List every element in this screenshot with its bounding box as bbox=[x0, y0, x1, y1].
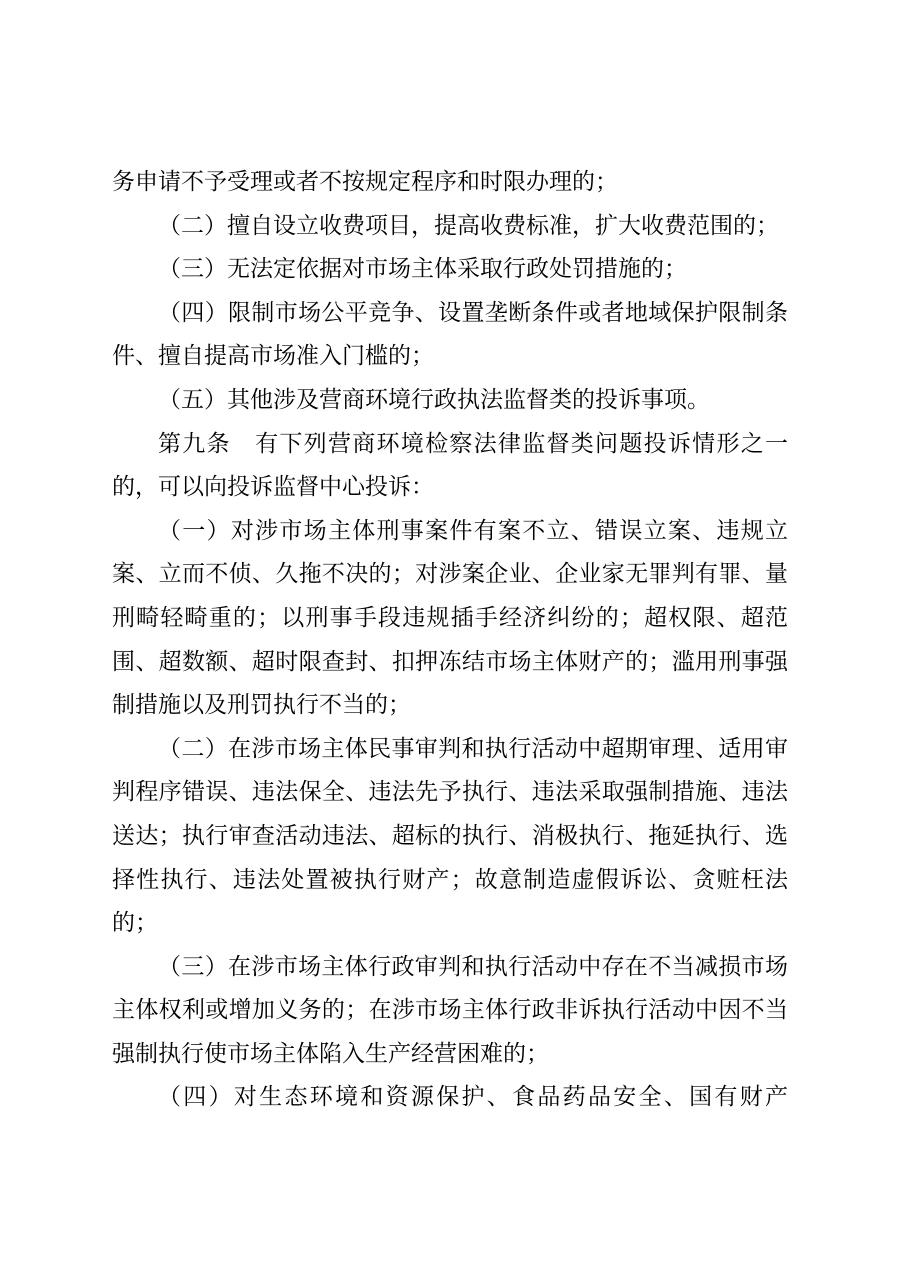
paragraph-7: （一）对涉市场主体刑事案件有案不立、错误立案、违规立案、立而不侦、久拖不决的；对… bbox=[112, 509, 788, 727]
paragraph-2: （二）擅自设立收费项目，提高收费标准，扩大收费范围的； bbox=[112, 204, 788, 248]
paragraph-1: 务申请不予受理或者不按规定程序和时限办理的； bbox=[112, 160, 788, 204]
paragraph-4: （四）限制市场公平竞争、设置垄断条件或者地域保护限制条件、擅自提高市场准入门槛的… bbox=[112, 291, 788, 378]
paragraph-3: （三）无法定依据对市场主体采取行政处罚措施的； bbox=[112, 247, 788, 291]
document-text-block: 务申请不予受理或者不按规定程序和时限办理的；（二）擅自设立收费项目，提高收费标准… bbox=[112, 160, 788, 1119]
paragraph-5: （五）其他涉及营商环境行政执法监督类的投诉事项。 bbox=[112, 378, 788, 422]
paragraph-9: （三）在涉市场主体行政审判和执行活动中存在不当减损市场主体权利或增加义务的；在涉… bbox=[112, 945, 788, 1076]
paragraph-10: （四）对生态环境和资源保护、食品药品安全、国有财产 bbox=[112, 1075, 788, 1119]
document-page: 务申请不予受理或者不按规定程序和时限办理的；（二）擅自设立收费项目，提高收费标准… bbox=[0, 0, 900, 1272]
paragraph-8: （二）在涉市场主体民事审判和执行活动中超期审理、适用审判程序错误、违法保全、违法… bbox=[112, 727, 788, 945]
paragraph-6: 第九条 有下列营商环境检察法律监督类问题投诉情形之一的，可以向投诉监督中心投诉： bbox=[112, 422, 788, 509]
